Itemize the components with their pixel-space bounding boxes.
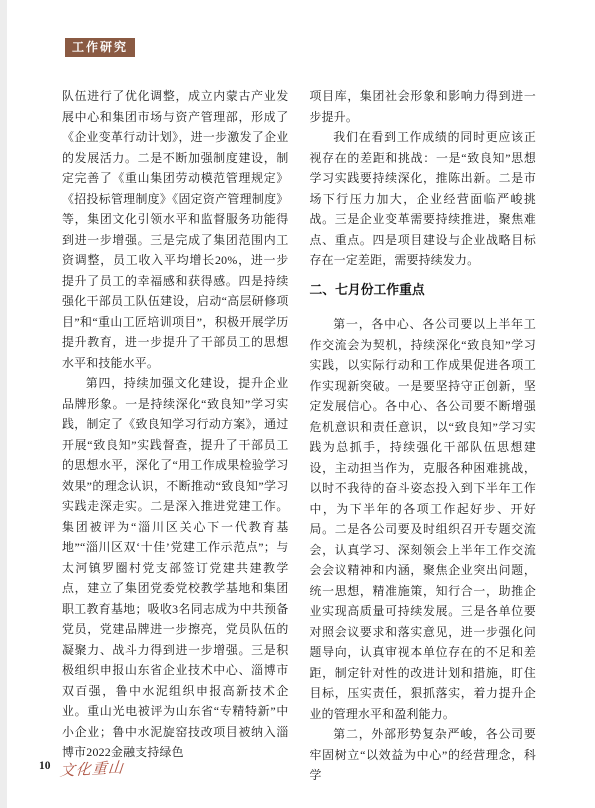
paragraph: 项目库，集团社会形象和影响力得到进一步提升。 — [310, 86, 537, 127]
paragraph: 第四，持续加强文化建设，提升企业品牌形象。一是持续深化“致良知”学习实践，制定了… — [62, 373, 289, 763]
right-column: 项目库，集团社会形象和影响力得到进一步提升。 我们在看到工作成绩的同时更应该正视… — [310, 86, 537, 786]
section-badge: 工作研究 — [65, 38, 135, 57]
page-left-edge-strip — [0, 0, 7, 808]
section-heading: 二、七月份工作重点 — [310, 280, 537, 301]
paragraph: 我们在看到工作成绩的同时更应该正视存在的差距和挑战：一是“致良知”思想学习实践要… — [310, 127, 537, 271]
document-page: 工作研究 队伍进行了优化调整，成立内蒙古产业发展中心和集团市场与资产管理部，形成… — [0, 0, 595, 808]
left-column: 队伍进行了优化调整，成立内蒙古产业发展中心和集团市场与资产管理部，形成了《企业变… — [62, 86, 289, 786]
paragraph: 第二，外部形势复杂严峻，各公司要牢固树立“以效益为中心”的经营理念，科学 — [310, 724, 537, 786]
article-body: 队伍进行了优化调整，成立内蒙古产业发展中心和集团市场与资产管理部，形成了《企业变… — [62, 86, 536, 786]
paragraph: 队伍进行了优化调整，成立内蒙古产业发展中心和集团市场与资产管理部，形成了《企业变… — [62, 86, 289, 373]
magazine-logo: 文化重山 — [59, 756, 125, 780]
paragraph: 第一，各中心、各公司要以上半年工作交流会为契机，持续深化“致良知”学习实践，以实… — [310, 314, 537, 724]
page-number: 10 — [39, 760, 51, 772]
